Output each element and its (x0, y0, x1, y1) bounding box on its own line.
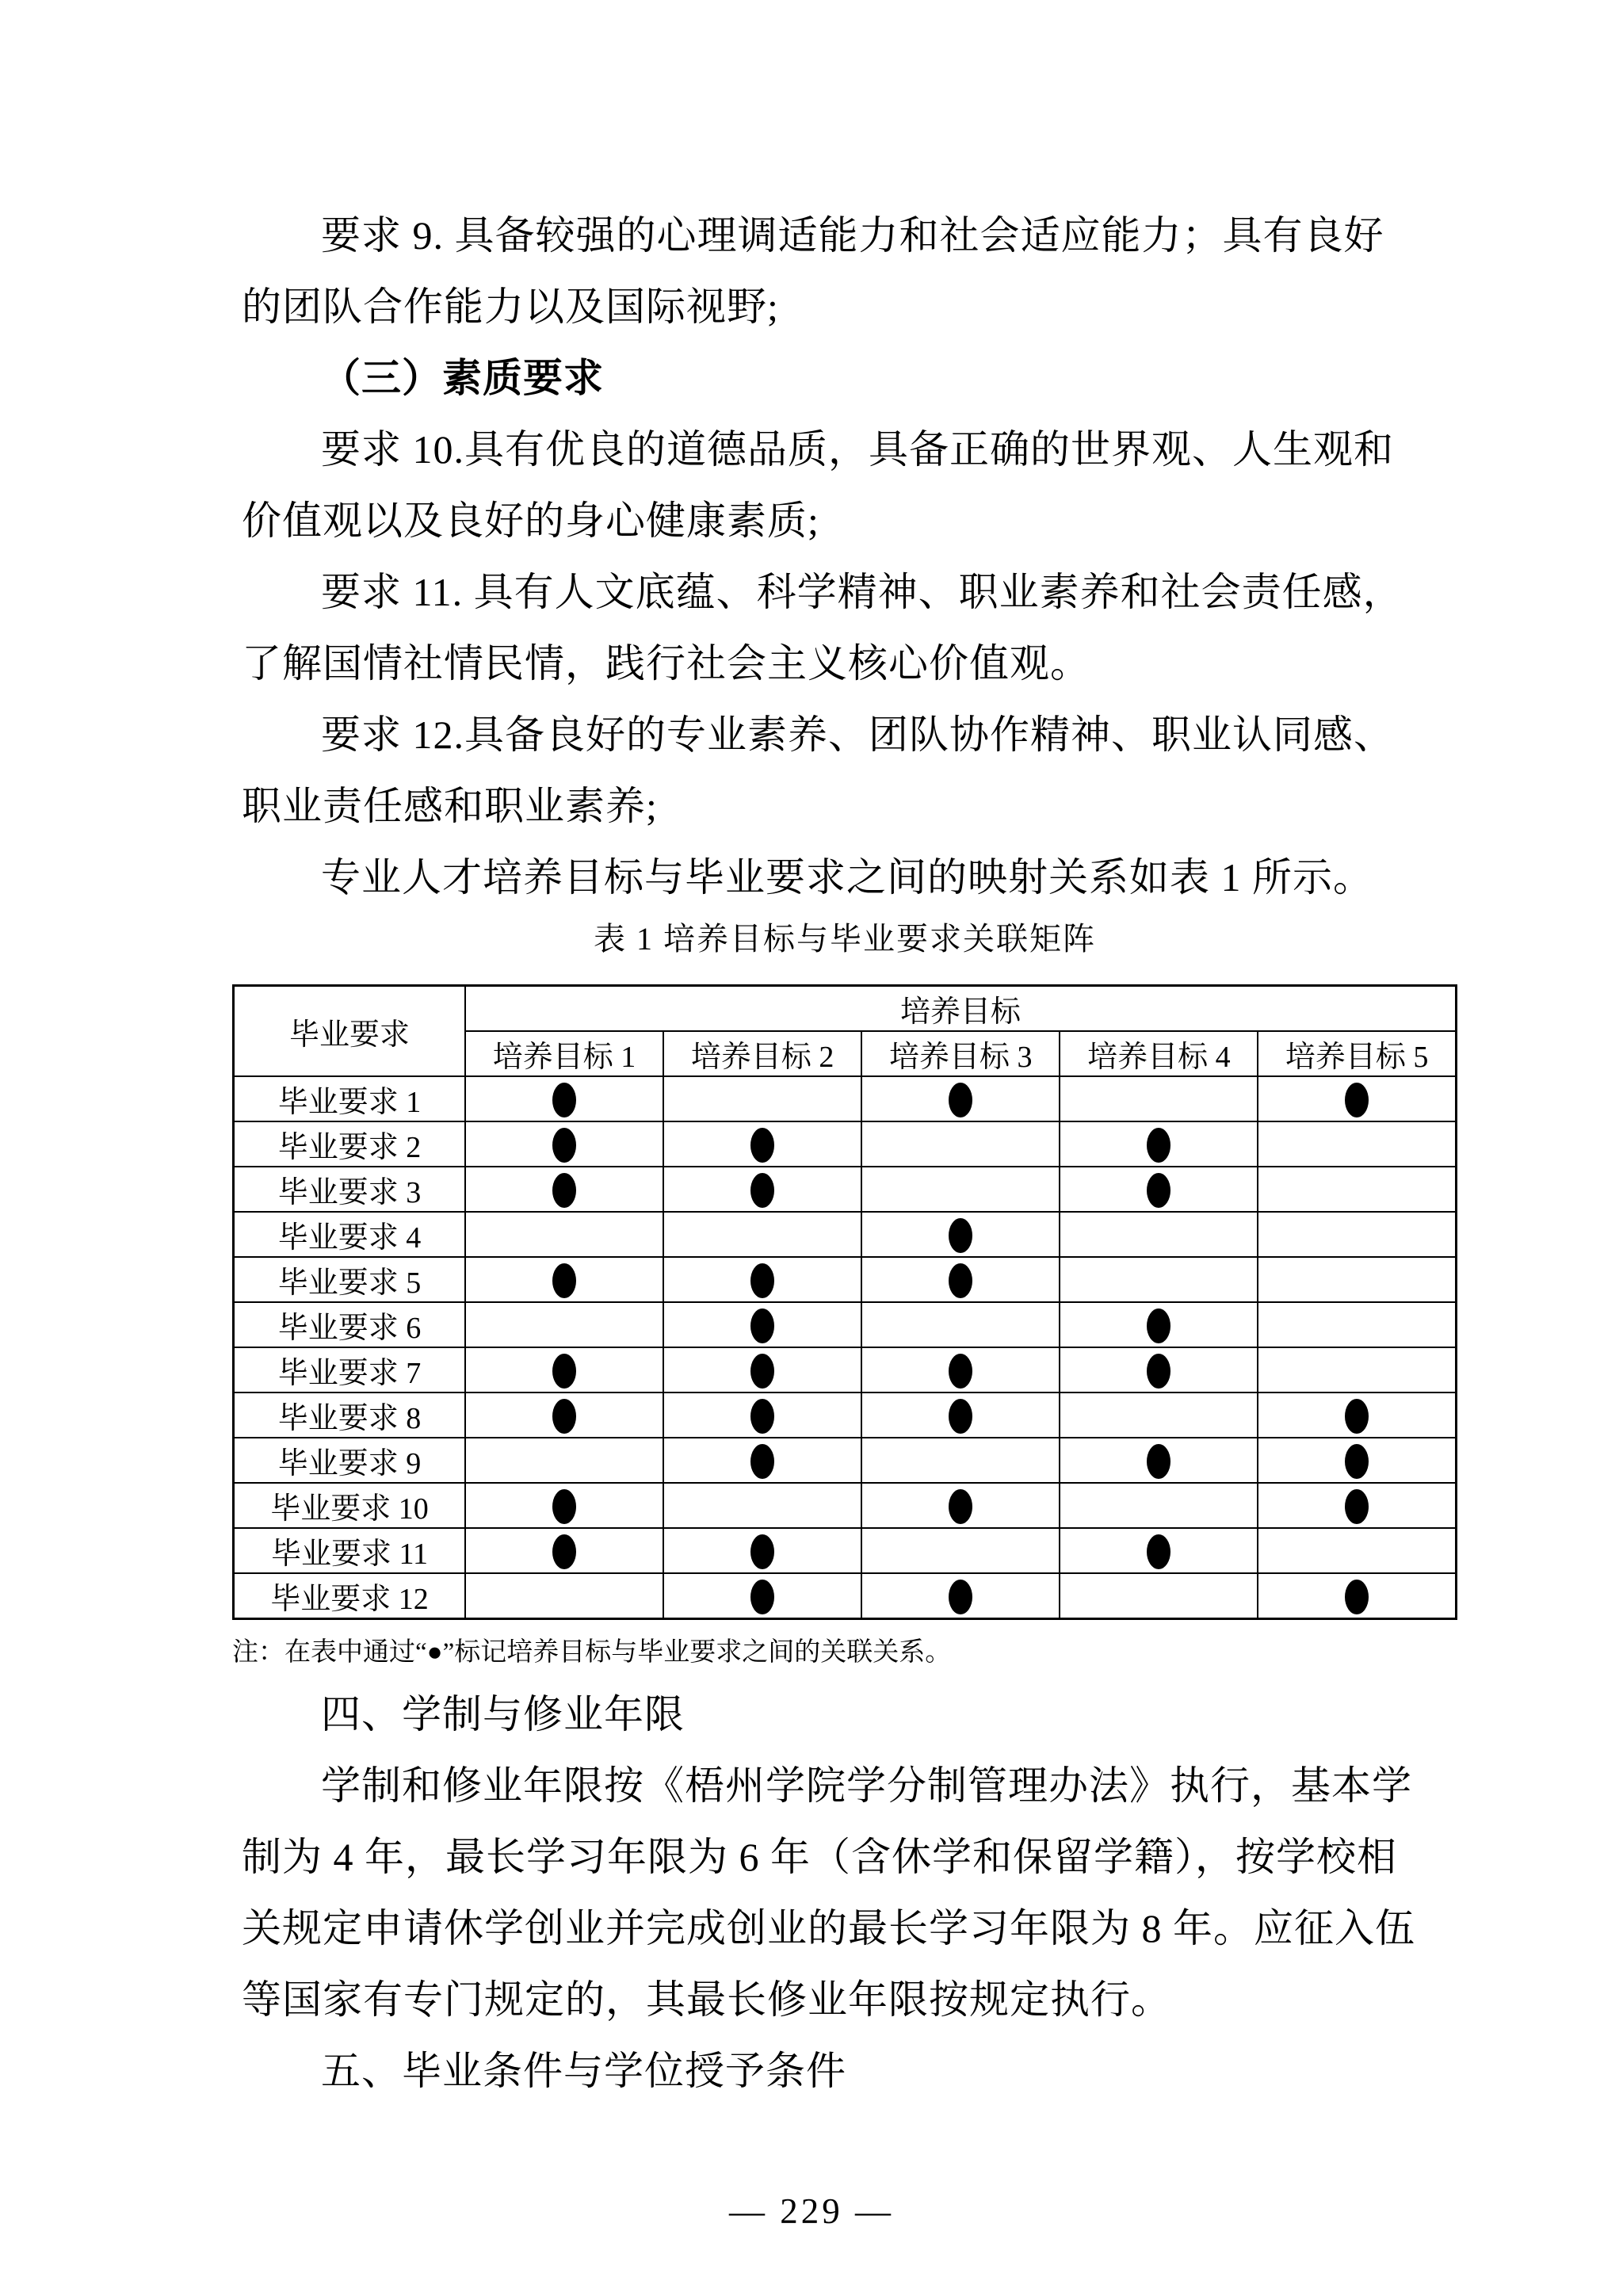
matrix-cell-marked (861, 1076, 1060, 1121)
matrix-cell-empty (663, 1483, 861, 1528)
matrix-cell-empty (1060, 1076, 1258, 1121)
matrix-cell-marked (1258, 1076, 1456, 1121)
association-dot (750, 1263, 774, 1298)
association-dot (750, 1173, 774, 1208)
association-dot (1345, 1083, 1369, 1117)
table-row: 毕业要求 9 (234, 1438, 1457, 1483)
matrix-cell-marked (1060, 1347, 1258, 1392)
table-row: 毕业要求 1 (234, 1076, 1457, 1121)
document-page: 要求 9. 具备较强的心理调适能力和社会适应能力；具有良好 的团队合作能力以及国… (0, 0, 1623, 2296)
matrix-cell-empty (1258, 1257, 1456, 1302)
matrix-cell-empty (1060, 1212, 1258, 1257)
paragraph-line-duration-4: 等国家有专门规定的，其最长修业年限按规定执行。 (242, 1964, 1478, 2035)
body-text-lower: 四、学制与修业年限 学制和修业年限按《梧州学院学分制管理办法》执行，基本学 制为… (242, 1679, 1478, 2107)
association-dot (750, 1399, 774, 1434)
row-label: 毕业要求 6 (234, 1302, 466, 1347)
paragraph-line-req11: 要求 11. 具有人文底蕴、科学精神、职业素养和社会责任感， (242, 556, 1478, 628)
association-dot (552, 1489, 576, 1524)
row-label: 毕业要求 4 (234, 1212, 466, 1257)
association-dot (750, 1308, 774, 1343)
matrix-cell-marked (663, 1167, 861, 1212)
matrix-cell-marked (465, 1528, 663, 1573)
association-dot (552, 1399, 576, 1434)
matrix-cell-marked (1060, 1167, 1258, 1212)
matrix-cell-marked (861, 1257, 1060, 1302)
matrix-cell-empty (663, 1076, 861, 1121)
table-row: 毕业要求 12 (234, 1573, 1457, 1619)
table-row: 毕业要求 4 (234, 1212, 1457, 1257)
paragraph-line-duration-1: 学制和修业年限按《梧州学院学分制管理办法》执行，基本学 (242, 1750, 1478, 1821)
matrix-cell-empty (861, 1121, 1060, 1167)
association-dot (1147, 1534, 1170, 1569)
table-row: 毕业要求 3 (234, 1167, 1457, 1212)
table-row: 毕业要求 5 (234, 1257, 1457, 1302)
table-caption: 表 1 培养目标与毕业要求关联矩阵 (232, 911, 1457, 967)
matrix-cell-marked (861, 1212, 1060, 1257)
matrix-cell-marked (465, 1347, 663, 1392)
association-dot (949, 1580, 972, 1614)
association-dot (949, 1218, 972, 1253)
matrix-cell-empty (465, 1438, 663, 1483)
row-label: 毕业要求 10 (234, 1483, 466, 1528)
association-dot (949, 1083, 972, 1117)
row-label: 毕业要求 12 (234, 1573, 466, 1619)
table-row: 毕业要求 10 (234, 1483, 1457, 1528)
row-label: 毕业要求 11 (234, 1528, 466, 1573)
matrix-cell-empty (1060, 1573, 1258, 1619)
matrix-cell-marked (663, 1347, 861, 1392)
association-dot (949, 1354, 972, 1389)
paragraph-line-req12: 要求 12.具备良好的专业素养、团队协作精神、职业认同感、 (242, 699, 1478, 770)
paragraph-line-duration-3: 关规定申请休学创业并完成创业的最长学习年限为 8 年。应征入伍 (242, 1893, 1478, 1964)
matrix-cell-empty (465, 1573, 663, 1619)
matrix-cell-marked (663, 1528, 861, 1573)
association-dot (1345, 1489, 1369, 1524)
matrix-cell-marked (465, 1121, 663, 1167)
matrix-cell-empty (1258, 1302, 1456, 1347)
association-dot (1147, 1354, 1170, 1389)
matrix-cell-marked (1060, 1302, 1258, 1347)
column-header: 培养目标 4 (1060, 1031, 1258, 1076)
section-heading-quality: （三）素质要求 (242, 342, 1478, 414)
matrix-cell-marked (465, 1257, 663, 1302)
matrix-cell-empty (861, 1438, 1060, 1483)
association-dot (1147, 1128, 1170, 1163)
matrix-cell-marked (1060, 1121, 1258, 1167)
matrix-cell-marked (663, 1302, 861, 1347)
association-dot (552, 1534, 576, 1569)
table-row: 毕业要求 8 (234, 1392, 1457, 1438)
association-dot (552, 1128, 576, 1163)
paragraph-line-req9-cont: 的团队合作能力以及国际视野; (242, 271, 1478, 342)
matrix-cell-empty (1060, 1483, 1258, 1528)
matrix-cell-empty (861, 1302, 1060, 1347)
matrix-cell-marked (1060, 1438, 1258, 1483)
association-dot (552, 1354, 576, 1389)
matrix-cell-marked (663, 1257, 861, 1302)
corner-header: 毕业要求 (234, 986, 466, 1077)
matrix-cell-empty (1258, 1121, 1456, 1167)
table-header-row-1: 毕业要求 培养目标 (234, 986, 1457, 1032)
paragraph-line-mapping: 专业人才培养目标与毕业要求之间的映射关系如表 1 所示。 (242, 842, 1478, 913)
matrix-cell-marked (861, 1392, 1060, 1438)
association-dot (552, 1263, 576, 1298)
paragraph-line-req11-cont: 了解国情社情民情，践行社会主义核心价值观。 (242, 628, 1478, 699)
table-row: 毕业要求 7 (234, 1347, 1457, 1392)
column-header: 培养目标 3 (861, 1031, 1060, 1076)
association-dot (1147, 1444, 1170, 1479)
matrix-cell-marked (465, 1392, 663, 1438)
association-dot (552, 1083, 576, 1117)
association-dot (750, 1580, 774, 1614)
matrix-cell-marked (663, 1573, 861, 1619)
paragraph-line-req10-cont: 价值观以及良好的身心健康素质; (242, 485, 1478, 556)
paragraph-line-duration-2: 制为 4 年，最长学习年限为 6 年（含休学和保留学籍），按学校相 (242, 1821, 1478, 1893)
paragraph-line-req12-cont: 职业责任感和职业素养; (242, 770, 1478, 842)
matrix-cell-marked (465, 1167, 663, 1212)
section-heading-duration: 四、学制与修业年限 (242, 1679, 1478, 1750)
association-dot (750, 1444, 774, 1479)
body-text-upper: 要求 9. 具备较强的心理调适能力和社会适应能力；具有良好 的团队合作能力以及国… (242, 200, 1478, 913)
matrix-cell-empty (1060, 1257, 1258, 1302)
matrix-cell-marked (1258, 1438, 1456, 1483)
paragraph-line-req10: 要求 10.具有优良的道德品质，具备正确的世界观、人生观和 (242, 414, 1478, 485)
association-dot (949, 1263, 972, 1298)
association-dot (1147, 1308, 1170, 1343)
row-label: 毕业要求 2 (234, 1121, 466, 1167)
mapping-matrix-table: 毕业要求 培养目标 培养目标 1培养目标 2培养目标 3培养目标 4培养目标 5… (232, 984, 1457, 1620)
matrix-cell-empty (465, 1212, 663, 1257)
column-header: 培养目标 5 (1258, 1031, 1456, 1076)
table-note: 注：在表中通过“●”标记培养目标与毕业要求之间的关联关系。 (232, 1634, 1468, 1671)
row-label: 毕业要求 1 (234, 1076, 466, 1121)
association-dot (1345, 1580, 1369, 1614)
matrix-cell-empty (465, 1302, 663, 1347)
matrix-cell-empty (861, 1167, 1060, 1212)
page-number: — 229 — (0, 2189, 1623, 2233)
matrix-cell-marked (1258, 1392, 1456, 1438)
row-label: 毕业要求 9 (234, 1438, 466, 1483)
row-label: 毕业要求 8 (234, 1392, 466, 1438)
association-dot (750, 1128, 774, 1163)
matrix-cell-empty (1258, 1212, 1456, 1257)
matrix-cell-empty (1258, 1167, 1456, 1212)
matrix-cell-marked (465, 1483, 663, 1528)
row-label: 毕业要求 7 (234, 1347, 466, 1392)
matrix-cell-marked (1258, 1483, 1456, 1528)
matrix-cell-empty (1258, 1528, 1456, 1573)
matrix-cell-empty (1258, 1347, 1456, 1392)
column-header: 培养目标 2 (663, 1031, 861, 1076)
matrix-cell-marked (465, 1076, 663, 1121)
column-header: 培养目标 1 (465, 1031, 663, 1076)
matrix-cell-marked (1060, 1528, 1258, 1573)
matrix-cell-marked (663, 1392, 861, 1438)
matrix-cell-marked (663, 1121, 861, 1167)
section-heading-graduation: 五、毕业条件与学位授予条件 (242, 2035, 1478, 2107)
matrix-cell-marked (1258, 1573, 1456, 1619)
association-dot (750, 1354, 774, 1389)
table-row: 毕业要求 11 (234, 1528, 1457, 1573)
row-label: 毕业要求 3 (234, 1167, 466, 1212)
association-dot (1345, 1444, 1369, 1479)
association-dot (949, 1399, 972, 1434)
association-dot (1147, 1173, 1170, 1208)
matrix-cell-marked (663, 1438, 861, 1483)
matrix-cell-empty (861, 1528, 1060, 1573)
association-dot (750, 1534, 774, 1569)
matrix-cell-marked (861, 1347, 1060, 1392)
table-row: 毕业要求 6 (234, 1302, 1457, 1347)
association-dot (552, 1173, 576, 1208)
paragraph-line-req9: 要求 9. 具备较强的心理调适能力和社会适应能力；具有良好 (242, 200, 1478, 271)
association-dot (949, 1489, 972, 1524)
matrix-cell-empty (1060, 1392, 1258, 1438)
row-label: 毕业要求 5 (234, 1257, 466, 1302)
matrix-cell-marked (861, 1483, 1060, 1528)
matrix-cell-marked (861, 1573, 1060, 1619)
table-row: 毕业要求 2 (234, 1121, 1457, 1167)
association-dot (1345, 1399, 1369, 1434)
matrix-cell-empty (663, 1212, 861, 1257)
group-header: 培养目标 (465, 986, 1457, 1032)
